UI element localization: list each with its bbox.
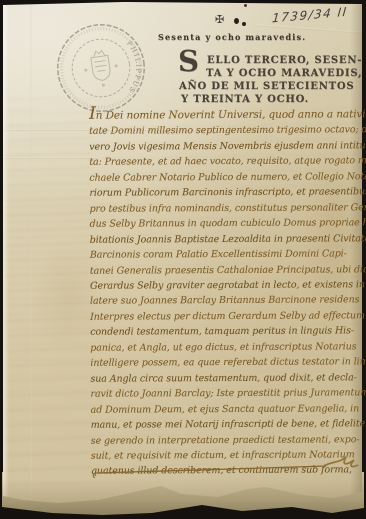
sello-heading-line: TA Y OCHO MARAVEDIS,: [206, 68, 362, 79]
manuscript-line: tanei Generalis praesentis Cathaloniae P…: [90, 262, 362, 279]
svg-text:PHILIPPUS: PHILIPPUS: [120, 38, 147, 95]
manuscript-line: sua Angla circa suum testamentum, quod d…: [90, 370, 362, 387]
manuscript-line: dus Selby Britannus in quodam cubiculo D…: [90, 215, 362, 232]
manuscript-line: latere suo Joannes Barclay Britannus Bar…: [90, 293, 362, 310]
manuscript-line: chaele Cabrer Notario Publico de numero,…: [89, 169, 361, 186]
sello-heading-line: ELLO TERCERO, SESEN-: [207, 55, 362, 66]
manuscript-line: vero Jovis vigesima Mensis Novembris eju…: [89, 138, 361, 155]
manuscript-line: bitationis Joannis Baptistae Lezoaldita …: [90, 231, 362, 248]
manuscript-line: In Dei nomine Noverint Universi, quod an…: [89, 105, 361, 124]
ink-speck: [244, 4, 247, 7]
gothic-tax-line: Sesenta y ocho maravedis.: [158, 32, 306, 42]
sello-heading-line: AÑO DE MIL SETECIENTOS: [179, 81, 354, 92]
closing-rule-flourish: [86, 446, 362, 478]
scanned-document-photo: 1739/34 II PHILIPPUS ✠ Sesenta y ocho ma…: [0, 0, 366, 519]
manuscript-line: pro testibus infra nominandis, constitut…: [90, 200, 362, 217]
vertical-fold-crease: [30, 2, 32, 507]
manuscript-line: ta: Praesente, et ad haec vocato, requis…: [89, 154, 361, 171]
sello-drop-cap: S: [178, 47, 199, 76]
seal-ring-text: PHILIPPUS: [120, 38, 147, 95]
manuscript-line: riorum Publicorum Barcinonis infrascript…: [89, 185, 361, 202]
printers-cross-icon: ✠: [215, 13, 224, 26]
manuscript-text-block: In Dei nomine Noverint Universi, quod an…: [89, 105, 363, 479]
manuscript-line: panica, et Angla, ut ego dictus, et infr…: [90, 339, 362, 356]
ink-blot-dot: [242, 22, 246, 26]
paper-edge-highlight: [3, 2, 9, 507]
manuscript-line: tate Domini millesimo septingentesimo tr…: [89, 123, 361, 140]
manuscript-line: intelligere possem, ea quae referebat di…: [90, 355, 362, 372]
ink-blot-dot: [234, 18, 239, 24]
seal-coat-of-arms: [82, 49, 119, 89]
manuscript-line: Barcinonis coram Palatio Excellentissimi…: [90, 246, 362, 263]
manuscript-line: ad Dominum Deum, et ejus Sancta quatuor …: [91, 401, 363, 418]
manuscript-line: ravit dicto Joanni Barclay; Iste praesti…: [90, 385, 362, 402]
manuscript-line: Interpres electus per dictum Gerardum Se…: [90, 308, 362, 325]
manuscript-line: Gerardus Selby graviter aegrotabat in le…: [90, 277, 362, 294]
manuscript-line: condendi testamentum, tamquam peritus in…: [90, 324, 362, 341]
manuscript-line: manu, et posse mei Notarij infrascripti …: [91, 416, 363, 433]
horizontal-fold-crease: [3, 157, 98, 159]
sello-heading-line: Y TREINTA Y OCHO.: [181, 94, 309, 105]
